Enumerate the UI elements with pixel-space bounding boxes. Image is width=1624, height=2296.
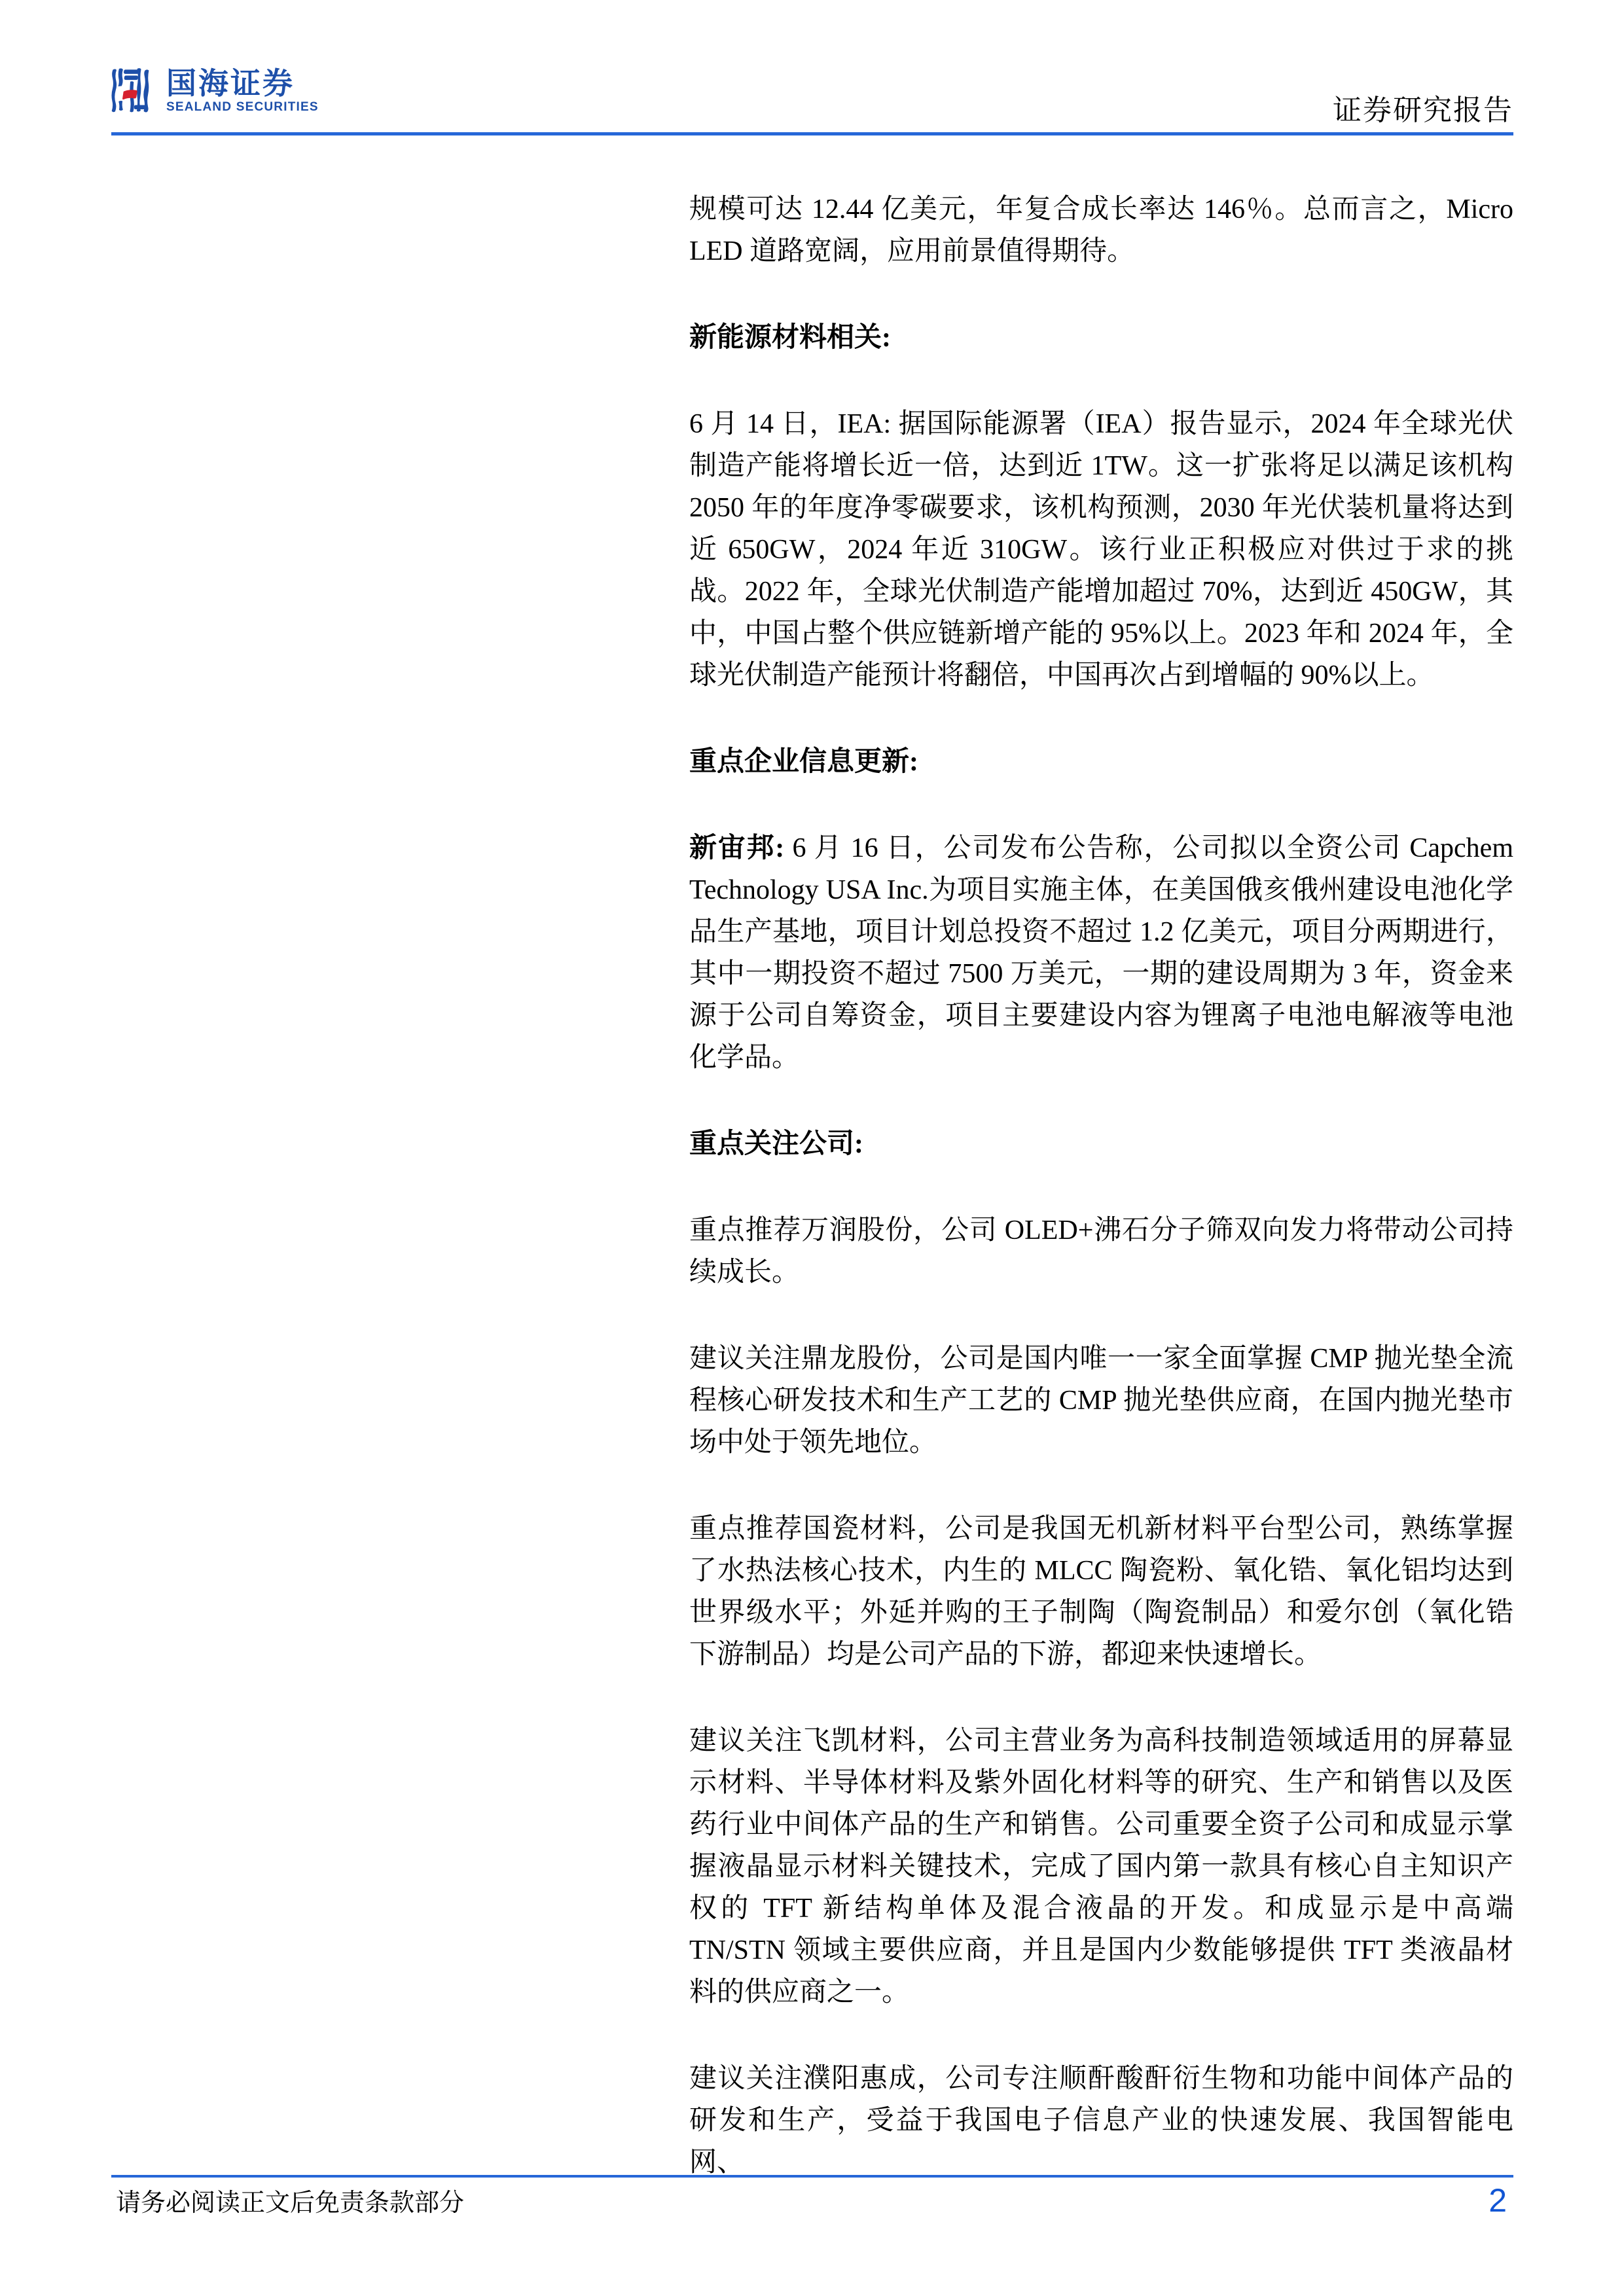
- body-paragraph: 重点推荐万润股份，公司 OLED+沸石分子筛双向发力将带动公司持续成长。: [689, 1210, 1513, 1293]
- logo-cn-label: 国海证券: [166, 67, 319, 99]
- company-logo: 国海证券 SEALAND SECURITIES: [111, 67, 319, 115]
- body-paragraph: 规模可达 12.44 亿美元，年复合成长率达 146％。总而言之，Micro L…: [689, 188, 1513, 272]
- footer-rule: [111, 2175, 1513, 2178]
- report-page: 国海证券 SEALAND SECURITIES 证券研究报告 规模可达 12.4…: [0, 0, 1624, 2296]
- logo-text: 国海证券 SEALAND SECURITIES: [166, 67, 319, 115]
- section-heading: 重点关注公司:: [689, 1123, 1513, 1165]
- body-paragraph: 6 月 14 日，IEA: 据国际能源署（IEA）报告显示，2024 年全球光伏…: [689, 403, 1513, 696]
- body-paragraph: 重点推荐国瓷材料，公司是我国无机新材料平台型公司，熟练掌握了水热法核心技术，内生…: [689, 1508, 1513, 1676]
- sealand-logo-icon: [111, 67, 154, 113]
- report-body: 规模可达 12.44 亿美元，年复合成长率达 146％。总而言之，Micro L…: [689, 188, 1513, 2228]
- body-paragraph: 建议关注濮阳惠成，公司专注顺酐酸酐衍生物和功能中间体产品的研发和生产，受益于我国…: [689, 2058, 1513, 2183]
- report-type-title: 证券研究报告: [1333, 96, 1513, 126]
- header-rule: [111, 132, 1513, 135]
- body-paragraph: 建议关注飞凯材料，公司主营业务为高科技制造领域适用的屏幕显示材料、半导体材料及紫…: [689, 1720, 1513, 2013]
- section-heading: 新能源材料相关:: [689, 317, 1513, 359]
- company-name-lead: 新宙邦:: [689, 833, 784, 863]
- body-paragraph: 新宙邦: 6 月 16 日，公司发布公告称，公司拟以全资公司 Capchem T…: [689, 827, 1513, 1079]
- body-paragraph: 建议关注鼎龙股份，公司是国内唯一一家全面掌握 CMP 抛光垫全流程核心研发技术和…: [689, 1338, 1513, 1463]
- logo-en-label: SEALAND SECURITIES: [166, 100, 319, 115]
- page-number: 2: [1489, 2183, 1507, 2217]
- section-heading: 重点企业信息更新:: [689, 741, 1513, 783]
- footer-disclaimer: 请务必阅读正文后免责条款部分: [116, 2189, 464, 2217]
